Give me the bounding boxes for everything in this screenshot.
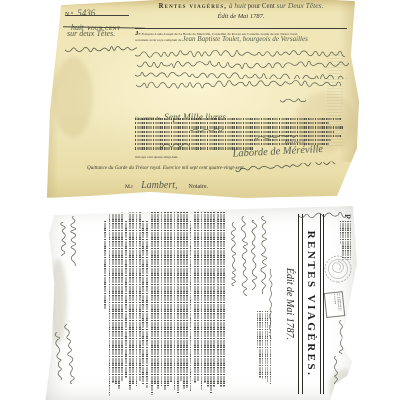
notary-line: M.r Lambert, Notaire. <box>125 175 208 193</box>
handwriting-stroke <box>235 161 335 172</box>
print-line <box>112 212 114 383</box>
print-line <box>132 212 134 384</box>
handwriting-annotation <box>333 320 351 354</box>
notary-prefix: M.r <box>125 184 133 190</box>
certificate-title-line: Rentes viagères, à huit pour Cent sur De… <box>135 1 347 10</box>
print-line <box>121 212 123 381</box>
print-line <box>177 212 179 393</box>
edict-body-print <box>93 212 225 396</box>
handwriting-stroke <box>65 46 137 53</box>
print-line <box>190 221 192 391</box>
print-line <box>186 212 188 388</box>
underline <box>65 15 129 16</box>
notary-title: Notaire. <box>189 184 209 190</box>
print-line <box>135 126 344 128</box>
print-line <box>170 212 172 382</box>
print-line <box>104 221 106 309</box>
notary-signature-annotation <box>55 222 73 256</box>
print-line <box>204 212 206 383</box>
title-mid: pour Cent <box>248 3 275 10</box>
intro-line-2: reconnais avoir reçu comptant de Jean Ba… <box>135 37 351 43</box>
print-line <box>223 212 225 387</box>
print-line <box>257 311 258 348</box>
print-line <box>135 135 341 137</box>
print-line <box>146 221 148 388</box>
print-line <box>135 118 341 120</box>
certificate-header: Rentes viagères, à huit pour Cent sur De… <box>135 1 347 20</box>
handwriting-stroke <box>136 80 341 89</box>
header-rule <box>135 28 347 29</box>
print-line <box>194 212 196 383</box>
rente-viagere-certificate: N.° 5436. huit POUR CENT sur deux Têtes.… <box>45 0 360 201</box>
double-rule <box>298 214 302 394</box>
print-line <box>154 212 156 385</box>
print-line <box>135 139 331 141</box>
print-line <box>339 293 342 311</box>
title-insert-handwritten: à huit <box>229 1 246 10</box>
print-line <box>161 212 163 386</box>
print-line <box>115 212 117 384</box>
corner-swash-flourish <box>65 40 137 58</box>
handwriting-stroke <box>338 320 345 354</box>
print-line <box>262 311 263 379</box>
ink-bleedthrough <box>327 52 343 147</box>
form-print-column <box>256 311 271 389</box>
handwriting-line <box>225 222 243 286</box>
print-line <box>334 294 336 304</box>
receipt-line: Quittance du Garde du Trésor royal. Exer… <box>87 165 245 171</box>
handwriting-stroke <box>54 332 65 380</box>
edict-date-line: Édit de Mai 1787. <box>284 214 295 394</box>
round-seal-stamp <box>321 251 354 287</box>
print-line <box>259 311 260 378</box>
handwriting-stroke <box>333 356 339 384</box>
handwriting-stroke <box>280 97 306 103</box>
double-rule <box>320 214 324 394</box>
print-line <box>135 122 329 124</box>
print-line <box>183 212 185 389</box>
signature-flourish <box>235 154 336 177</box>
handwritten-body <box>135 46 349 98</box>
print-line <box>109 212 111 396</box>
edict-title: RENTES VIAGÈRES. <box>305 214 317 394</box>
handwriting-line <box>136 76 341 94</box>
print-line <box>151 212 153 395</box>
payer-name-handwritten: Jean Baptiste Toulet, bourgeois de Versa… <box>182 35 307 43</box>
print-line <box>135 131 334 133</box>
print-line <box>118 212 120 389</box>
edict-date-line: Édit de Mai 1787. <box>135 13 347 20</box>
intro-text-2: reconnais avoir reçu comptant de <box>135 38 181 42</box>
print-line <box>201 212 203 390</box>
print-line <box>167 212 169 386</box>
handwriting-annotation <box>328 356 346 384</box>
form-fill-block <box>227 216 273 392</box>
print-line <box>129 212 131 390</box>
heads-handwritten: sur deux Têtes. <box>67 29 115 38</box>
closing-fragment: mil sept cent quatre-vingt-huit. <box>135 155 178 159</box>
parchment-stain <box>53 57 93 137</box>
print-line <box>197 212 199 381</box>
print-line <box>174 212 176 390</box>
edict-title-band: RENTES VIAGÈRES. <box>298 214 324 394</box>
notary-name-handwritten: Lambert, <box>141 180 177 191</box>
print-line <box>210 212 212 394</box>
print-line <box>220 212 222 387</box>
print-line <box>125 221 127 378</box>
print-line <box>180 212 182 381</box>
print-line <box>207 212 209 387</box>
print-line <box>139 212 141 381</box>
control-stamp <box>324 291 345 318</box>
print-line <box>214 212 216 387</box>
print-line <box>142 221 144 385</box>
title-tail-handwritten: sur Deux Têtes. <box>276 1 323 10</box>
edict-sheet-rotated: P RENTES VIAGÈRES. Édit de Mai 1787. <box>45 204 357 400</box>
print-line <box>157 212 159 389</box>
print-line <box>164 212 166 390</box>
print-line <box>136 212 138 386</box>
print-line <box>267 311 268 382</box>
handwriting-flourish <box>280 90 306 108</box>
print-line <box>217 212 219 384</box>
handwriting-stroke <box>230 222 238 286</box>
intro-paragraph: JE François-Louis-Joseph de La Borde de … <box>135 31 351 43</box>
photograph-of-documents: N.° 5436. huit POUR CENT sur deux Têtes.… <box>0 0 400 400</box>
print-line <box>270 311 271 384</box>
signature-laborde-de-mereville: Laborde de Méréville <box>232 143 335 177</box>
print-line <box>265 311 266 379</box>
handwriting-stroke <box>60 222 67 256</box>
title-lead: Rentes viagères, <box>159 3 227 10</box>
